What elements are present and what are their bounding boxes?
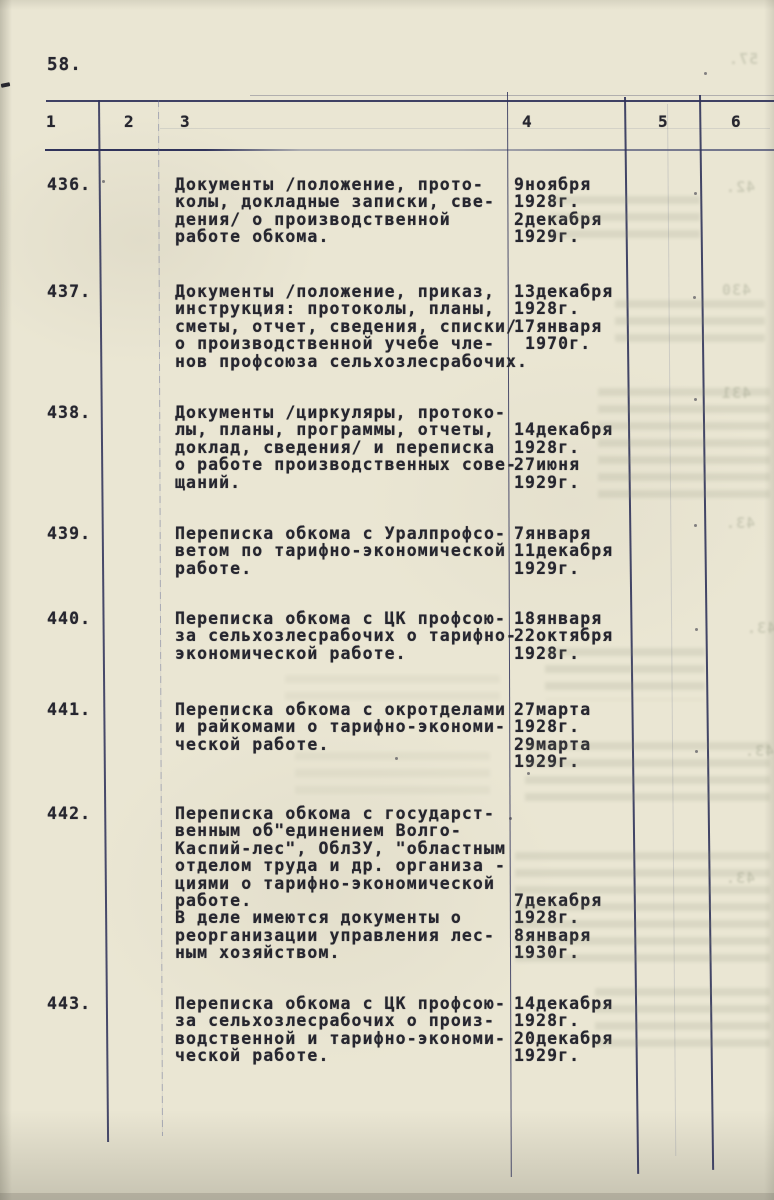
description-line: дения/ о производственной bbox=[175, 211, 495, 228]
description-line: ным хозяйством. bbox=[175, 944, 506, 961]
row-number: 441. bbox=[47, 701, 91, 718]
description-line: ческой работе. bbox=[175, 736, 506, 753]
bleed-through-number: 43. bbox=[725, 869, 755, 887]
date-line: 9ноября bbox=[514, 176, 602, 193]
scan-edge-bottom bbox=[0, 1110, 774, 1200]
description-line: сметы, отчет, сведения, списки/ bbox=[175, 318, 528, 335]
description-line: Переписка обкома с Уралпрофсо- bbox=[175, 525, 506, 542]
description-line: отделом труда и др. организа - bbox=[175, 857, 506, 874]
date-line: 1928г. bbox=[514, 718, 591, 735]
bleed-through-artifact bbox=[615, 300, 765, 342]
pencil-line bbox=[160, 128, 770, 129]
row-description: Документы /положение, прото-колы, доклад… bbox=[175, 176, 495, 246]
description-line: работе. bbox=[175, 892, 506, 909]
date-line: 27марта bbox=[514, 701, 591, 718]
table-top-rule bbox=[46, 100, 774, 102]
date-line: 1970г. bbox=[514, 335, 613, 352]
ink-speck bbox=[694, 524, 697, 527]
description-line: работе обкома. bbox=[175, 228, 495, 245]
row-number: 438. bbox=[47, 404, 91, 421]
date-line: 7января bbox=[514, 525, 613, 542]
ink-speck bbox=[102, 180, 105, 183]
description-line: нов профсоюза сельхозлесрабочих. bbox=[175, 353, 528, 370]
row-dates: 7января11декабря1929г. bbox=[514, 525, 613, 577]
description-line: В деле имеются документы о bbox=[175, 909, 506, 926]
column-header-5: 5 bbox=[658, 113, 669, 130]
description-line: лы, планы, программы, отчеты, bbox=[175, 421, 517, 438]
description-line: реорганизации управления лес- bbox=[175, 927, 506, 944]
ink-speck bbox=[695, 750, 698, 753]
row-description: Переписка обкома с ЦК профсою-за сельхоз… bbox=[175, 995, 506, 1065]
bleed-through-artifact bbox=[595, 988, 770, 1050]
row-number: 436. bbox=[47, 176, 91, 193]
row-number: 440. bbox=[47, 610, 91, 627]
row-description: Переписка обкома с государст-венным об"е… bbox=[175, 805, 506, 962]
column-header-3: 3 bbox=[180, 113, 191, 130]
row-description: Переписка обкома с Уралпрофсо-ветом по т… bbox=[175, 525, 506, 577]
date-line: 11декабря bbox=[514, 542, 613, 559]
bleed-through-artifact bbox=[285, 675, 500, 703]
description-line: Документы /положение, приказ, bbox=[175, 283, 528, 300]
row-description: Переписка обкома с окротделамии райкомам… bbox=[175, 701, 506, 753]
scan-edge-left bbox=[0, 0, 12, 1200]
description-line: ческой работе. bbox=[175, 1047, 506, 1064]
bleed-through-artifact bbox=[598, 388, 770, 500]
row-description: Переписка обкома с ЦК профсою-за сельхоз… bbox=[175, 610, 517, 662]
column-rule-1 bbox=[98, 100, 109, 1142]
ink-speck bbox=[694, 398, 697, 401]
ink-speck bbox=[693, 296, 696, 299]
bleed-through-number: 42. bbox=[725, 178, 755, 196]
bleed-through-artifact bbox=[525, 742, 770, 806]
ink-speck bbox=[509, 817, 512, 820]
bleed-through-number: 43. bbox=[746, 619, 774, 637]
ink-speck bbox=[395, 757, 398, 760]
date-line: 1928г. bbox=[514, 300, 613, 317]
description-line: венным об"единением Волго- bbox=[175, 822, 506, 839]
description-line: ветом по тарифно-экономической bbox=[175, 542, 506, 559]
column-header-2: 2 bbox=[124, 113, 135, 130]
description-line: экономической работе. bbox=[175, 645, 517, 662]
page-number: 58. bbox=[47, 57, 82, 74]
description-line: колы, докладные записки, све- bbox=[175, 193, 495, 210]
description-line: Переписка обкома с ЦК профсою- bbox=[175, 995, 506, 1012]
description-line: о работе производственных сове- bbox=[175, 456, 517, 473]
column-rule-2 bbox=[158, 100, 163, 1136]
description-line: инструкция: протоколы, планы, bbox=[175, 300, 528, 317]
description-line: за сельхозлесрабочих о тарифно- bbox=[175, 627, 517, 644]
description-line: работе. bbox=[175, 560, 506, 577]
date-line: 13декабря bbox=[514, 283, 613, 300]
description-line: о производственной учебе чле- bbox=[175, 335, 528, 352]
column-header-1: 1 bbox=[46, 113, 57, 130]
bleed-through-number: 57. bbox=[728, 50, 758, 68]
row-number: 437. bbox=[47, 283, 91, 300]
date-line: 18января bbox=[514, 610, 613, 627]
date-line: 22октября bbox=[514, 627, 613, 644]
table-top-rule-faint bbox=[250, 95, 774, 96]
description-line: и райкомами о тарифно-экономи- bbox=[175, 718, 506, 735]
ink-speck bbox=[704, 72, 707, 75]
ink-speck bbox=[695, 628, 698, 631]
row-number: 443. bbox=[47, 995, 91, 1012]
description-line: водственной и тарифно-экономи- bbox=[175, 1030, 506, 1047]
description-line: Документы /положение, прото- bbox=[175, 176, 495, 193]
bleed-through-number: 430 bbox=[721, 281, 751, 299]
description-line: Переписка обкома с государст- bbox=[175, 805, 506, 822]
scan-edge-top bbox=[0, 0, 774, 10]
bleed-through-artifact bbox=[550, 196, 700, 244]
description-line: циями о тарифно-экономической bbox=[175, 875, 506, 892]
date-line: 17января bbox=[514, 318, 613, 335]
row-number: 442. bbox=[47, 805, 91, 822]
description-line: Каспий-лес", ОблЗУ, "областным bbox=[175, 840, 506, 857]
bleed-through-number: 43. bbox=[725, 514, 755, 532]
table-header-rule bbox=[45, 149, 774, 151]
description-line: щаний. bbox=[175, 474, 517, 491]
description-line: Переписка обкома с окротделами bbox=[175, 701, 506, 718]
description-line: Документы /циркуляры, протоко- bbox=[175, 404, 517, 421]
row-description: Документы /положение, приказ,инструкция:… bbox=[175, 283, 528, 370]
description-line: Переписка обкома с ЦК профсою- bbox=[175, 610, 517, 627]
bleed-through-artifact bbox=[295, 752, 490, 802]
scan-edge-bottom-strip bbox=[0, 1193, 774, 1200]
column-header-6: 6 bbox=[731, 113, 742, 130]
ink-speck bbox=[694, 192, 697, 195]
ink-speck bbox=[527, 772, 530, 775]
bleed-through-artifact bbox=[545, 648, 705, 700]
date-line: 1929г. bbox=[514, 560, 613, 577]
document-page: 58. 1 2 3 4 5 6 436.Документы /положение… bbox=[0, 0, 774, 1200]
bleed-through-number: 43. bbox=[744, 742, 774, 760]
row-description: Документы /циркуляры, протоко-лы, планы,… bbox=[175, 404, 517, 491]
bleed-through-number: 431 bbox=[721, 384, 751, 402]
description-line: доклад, сведения/ и переписка bbox=[175, 439, 517, 456]
row-dates: 13декабря1928г.17января 1970г. bbox=[514, 283, 613, 353]
row-number: 439. bbox=[47, 525, 91, 542]
description-line: за сельхозлесрабочих о произ- bbox=[175, 1012, 506, 1029]
column-header-4: 4 bbox=[522, 113, 533, 130]
